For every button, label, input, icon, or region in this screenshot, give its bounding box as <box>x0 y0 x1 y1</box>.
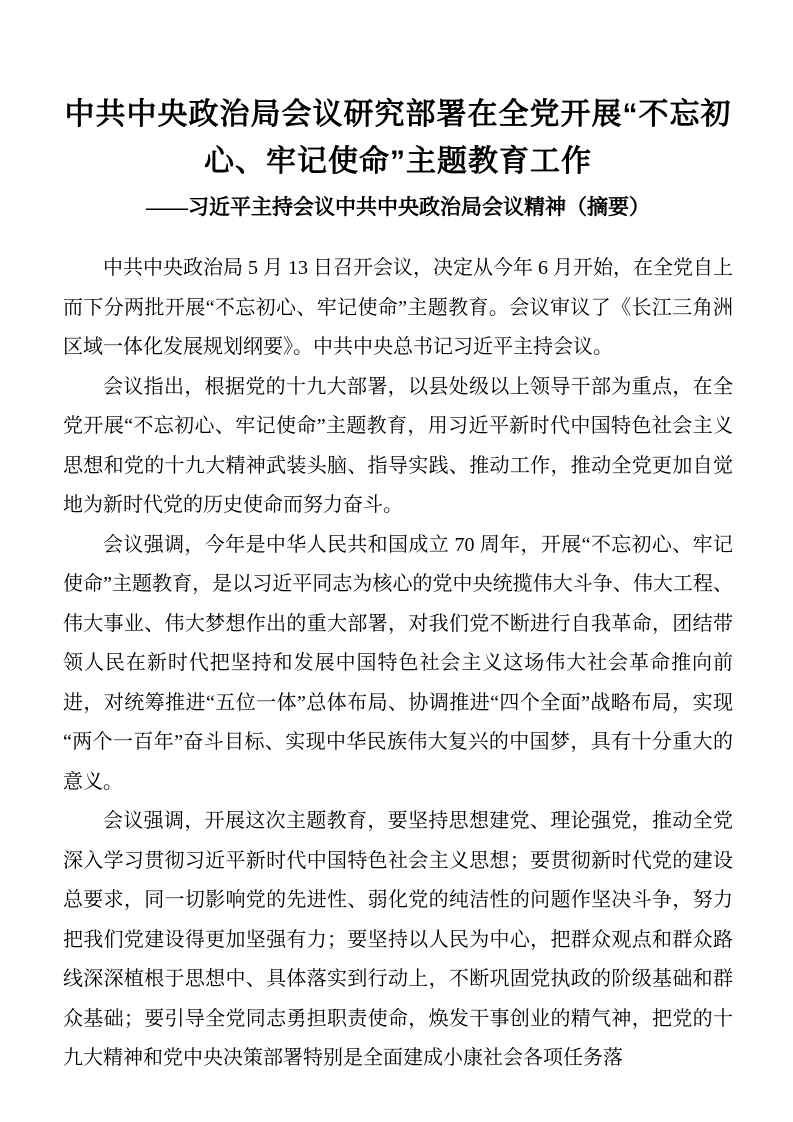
body-paragraph: 会议强调，今年是中华人民共和国成立 70 周年，开展“不忘初心、牢记使命”主题教… <box>63 526 733 803</box>
body-paragraph: 中共中央政治局 5 月 13 日召开会议，决定从今年 6 月开始，在全党自上而下… <box>63 249 733 368</box>
body-paragraph: 会议指出，根据党的十九大部署，以县处级以上领导干部为重点，在全党开展“不忘初心、… <box>63 368 733 526</box>
body-paragraph: 会议强调，开展这次主题教育，要坚持思想建党、理论强党，推动全党深入学习贯彻习近平… <box>63 802 733 1079</box>
document-subtitle: ——习近平主持会议中共中央政治局会议精神（摘要） <box>63 190 733 224</box>
document-title: 中共中央政治局会议研究部署在全党开展“不忘初心、牢记使命”主题教育工作 <box>63 91 733 185</box>
document-body: 中共中央政治局 5 月 13 日召开会议，决定从今年 6 月开始，在全党自上而下… <box>63 249 733 1079</box>
document-page: 中共中央政治局会议研究部署在全党开展“不忘初心、牢记使命”主题教育工作 ——习近… <box>0 0 793 1122</box>
